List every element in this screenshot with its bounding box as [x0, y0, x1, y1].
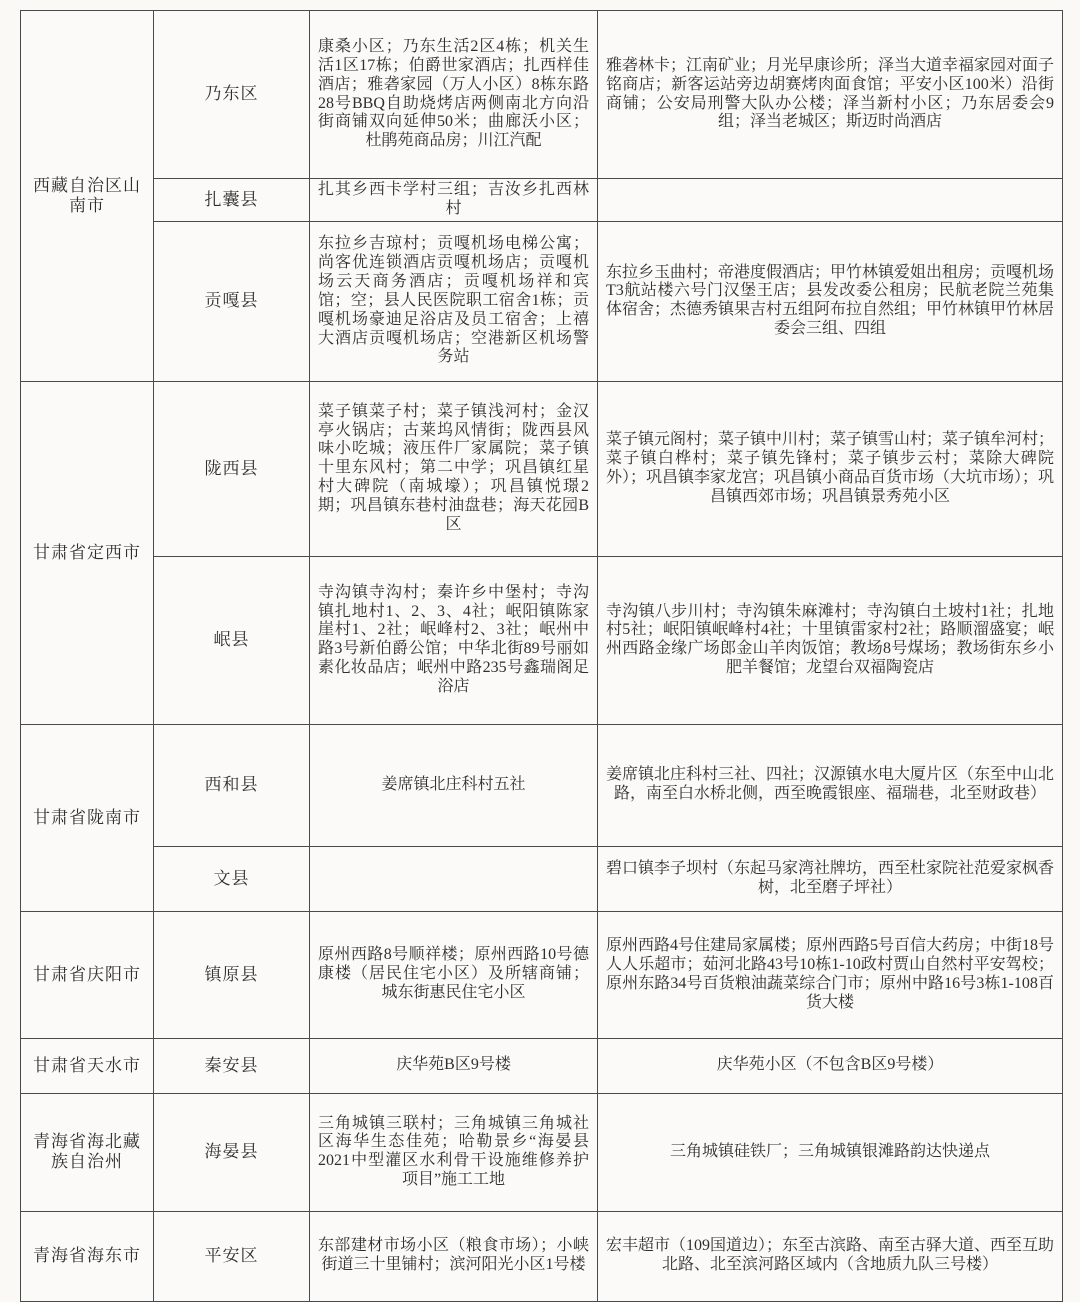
table-row: 青海省海北藏族自治州 海晏县 三角城镇三联村；三角城镇三角城社区海华生态佳苑；哈… — [21, 1093, 1063, 1211]
areas-primary-cell: 三角城镇三联村；三角城镇三角城社区海华生态佳苑；哈勒景乡“海晏县2021中型灌区… — [310, 1093, 598, 1211]
areas-secondary-cell: 宏丰超市（109国道边）；东至古滨路、南至古驿大道、西至互助北路、北至滨河路区域… — [598, 1211, 1063, 1301]
region-cell: 青海省海东市 — [21, 1211, 154, 1301]
region-cell: 甘肃省陇南市 — [21, 724, 154, 911]
areas-primary-cell: 东拉乡吉琼村；贡嘎机场电梯公寓；尚客优连锁酒店贡嘎机场店；贡嘎机场云天商务酒店；… — [310, 221, 598, 381]
document-page: 西藏自治区山南市 乃东区 康桑小区；乃东生活2区4栋；机关生活1区17栋；伯爵世… — [0, 0, 1080, 1302]
county-cell: 文县 — [154, 846, 310, 911]
table-row: 西藏自治区山南市 乃东区 康桑小区；乃东生活2区4栋；机关生活1区17栋；伯爵世… — [21, 11, 1063, 179]
areas-primary-cell — [310, 846, 598, 911]
areas-secondary-cell: 庆华苑小区（不包含B区9号楼） — [598, 1038, 1063, 1093]
areas-primary-cell: 康桑小区；乃东生活2区4栋；机关生活1区17栋；伯爵世家酒店；扎西样佳酒店；雅砻… — [310, 11, 598, 179]
areas-secondary-cell: 姜席镇北庄科村三社、四社；汉源镇水电大厦片区（东至中山北路，南至白水桥北侧，西至… — [598, 724, 1063, 846]
areas-secondary-cell: 菜子镇元阁村；菜子镇中川村；菜子镇雪山村；菜子镇牟河村；菜子镇白桦村；菜子镇先锋… — [598, 381, 1063, 556]
table-row: 甘肃省定西市 陇西县 菜子镇菜子村；菜子镇浅河村；金汉亭火锅店；古莱坞风情街；陇… — [21, 381, 1063, 556]
areas-primary-cell: 扎其乡西卡学村三组；吉汝乡扎西林村 — [310, 179, 598, 222]
areas-secondary-cell: 寺沟镇八步川村；寺沟镇朱麻滩村；寺沟镇白土坡村1社；扎地村5社；岷阳镇岷峰村4社… — [598, 556, 1063, 724]
county-cell: 镇原县 — [154, 911, 310, 1038]
areas-primary-cell: 原州西路8号顺祥楼；原州西路10号德康楼（居民住宅小区）及所辖商铺；城东街惠民住… — [310, 911, 598, 1038]
areas-primary-cell: 寺沟镇寺沟村；秦许乡中堡村；寺沟镇扎地村1、2、3、4社；岷阳镇陈家崖村1、2社… — [310, 556, 598, 724]
areas-secondary-cell — [598, 179, 1063, 222]
areas-primary-cell: 庆华苑B区9号楼 — [310, 1038, 598, 1093]
areas-secondary-cell: 原州西路4号住建局家属楼；原州西路5号百信大药房；中街18号人人乐超市；茹河北路… — [598, 911, 1063, 1038]
table-row: 甘肃省陇南市 西和县 姜席镇北庄科村五社 姜席镇北庄科村三社、四社；汉源镇水电大… — [21, 724, 1063, 846]
county-cell: 西和县 — [154, 724, 310, 846]
region-cell: 甘肃省天水市 — [21, 1038, 154, 1093]
table-row: 青海省海东市 平安区 东部建材市场小区（粮食市场）；小峡街道三十里铺村；滨河阳光… — [21, 1211, 1063, 1301]
areas-secondary-cell: 三角城镇硅铁厂；三角城镇银滩路韵达快递点 — [598, 1093, 1063, 1211]
risk-area-table: 西藏自治区山南市 乃东区 康桑小区；乃东生活2区4栋；机关生活1区17栋；伯爵世… — [20, 10, 1063, 1302]
county-cell: 陇西县 — [154, 381, 310, 556]
areas-secondary-cell: 东拉乡玉曲村；帝港度假酒店；甲竹林镇爱姐出租房；贡嘎机场T3航站楼六号门汉堡王店… — [598, 221, 1063, 381]
county-cell: 秦安县 — [154, 1038, 310, 1093]
areas-primary-cell: 姜席镇北庄科村五社 — [310, 724, 598, 846]
table-row: 甘肃省天水市 秦安县 庆华苑B区9号楼 庆华苑小区（不包含B区9号楼） — [21, 1038, 1063, 1093]
county-cell: 岷县 — [154, 556, 310, 724]
table-row: 扎囊县 扎其乡西卡学村三组；吉汝乡扎西林村 — [21, 179, 1063, 222]
county-cell: 贡嘎县 — [154, 221, 310, 381]
table-row: 岷县 寺沟镇寺沟村；秦许乡中堡村；寺沟镇扎地村1、2、3、4社；岷阳镇陈家崖村1… — [21, 556, 1063, 724]
county-cell: 平安区 — [154, 1211, 310, 1301]
region-cell: 甘肃省庆阳市 — [21, 911, 154, 1038]
table-row: 贡嘎县 东拉乡吉琼村；贡嘎机场电梯公寓；尚客优连锁酒店贡嘎机场店；贡嘎机场云天商… — [21, 221, 1063, 381]
table-row: 甘肃省庆阳市 镇原县 原州西路8号顺祥楼；原州西路10号德康楼（居民住宅小区）及… — [21, 911, 1063, 1038]
county-cell: 海晏县 — [154, 1093, 310, 1211]
region-cell: 青海省海北藏族自治州 — [21, 1093, 154, 1211]
areas-secondary-cell: 雅砻林卡；江南矿业；月光早康诊所；泽当大道幸福家园对面子铭商店；新客运站旁边胡赛… — [598, 11, 1063, 179]
county-cell: 乃东区 — [154, 11, 310, 179]
areas-primary-cell: 东部建材市场小区（粮食市场）；小峡街道三十里铺村；滨河阳光小区1号楼 — [310, 1211, 598, 1301]
county-cell: 扎囊县 — [154, 179, 310, 222]
region-cell: 西藏自治区山南市 — [21, 11, 154, 382]
areas-secondary-cell: 碧口镇李子坝村（东起马家湾社牌坊，西至杜家院社范爱家枫香树，北至磨子坪社） — [598, 846, 1063, 911]
areas-primary-cell: 菜子镇菜子村；菜子镇浅河村；金汉亭火锅店；古莱坞风情街；陇西县风味小吃城；液压件… — [310, 381, 598, 556]
region-cell: 甘肃省定西市 — [21, 381, 154, 724]
table-row: 文县 碧口镇李子坝村（东起马家湾社牌坊，西至杜家院社范爱家枫香树，北至磨子坪社） — [21, 846, 1063, 911]
